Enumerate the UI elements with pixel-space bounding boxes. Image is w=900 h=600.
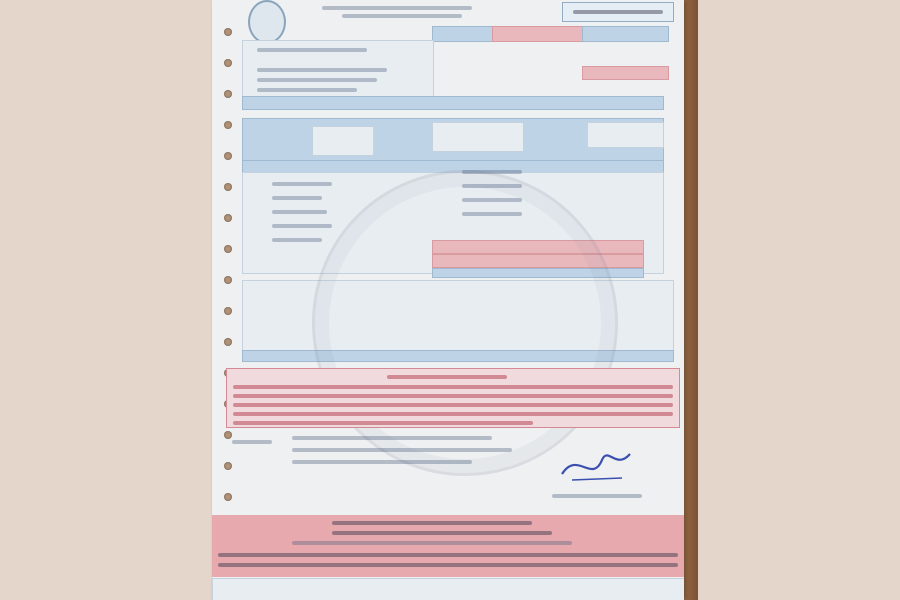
field-band <box>242 96 664 110</box>
field-band <box>582 26 669 42</box>
feed-hole <box>224 338 232 346</box>
highlight-cell <box>582 66 669 80</box>
feed-hole <box>224 152 232 160</box>
notice-section <box>226 368 680 428</box>
pink-notice-band <box>212 515 684 577</box>
feed-hole <box>224 121 232 129</box>
feed-hole <box>224 245 232 253</box>
seal-logo-icon <box>248 0 286 44</box>
feed-hole <box>224 307 232 315</box>
circular-stamp-watermark <box>312 170 618 476</box>
bill-number-box <box>562 2 674 22</box>
highlight-cell <box>492 26 584 42</box>
feed-hole <box>224 276 232 284</box>
feed-hole <box>224 431 232 439</box>
feed-hole <box>224 28 232 36</box>
tractor-feed-holes <box>212 0 240 600</box>
feed-hole <box>224 214 232 222</box>
header-text <box>342 14 462 18</box>
footer-stub <box>212 578 684 600</box>
feed-hole <box>224 183 232 191</box>
feed-hole <box>224 462 232 470</box>
signature-icon <box>552 440 642 490</box>
feed-hole <box>224 59 232 67</box>
feed-hole <box>224 493 232 501</box>
feed-hole <box>224 90 232 98</box>
utility-bill-sheet <box>212 0 684 600</box>
header-text <box>322 6 472 10</box>
